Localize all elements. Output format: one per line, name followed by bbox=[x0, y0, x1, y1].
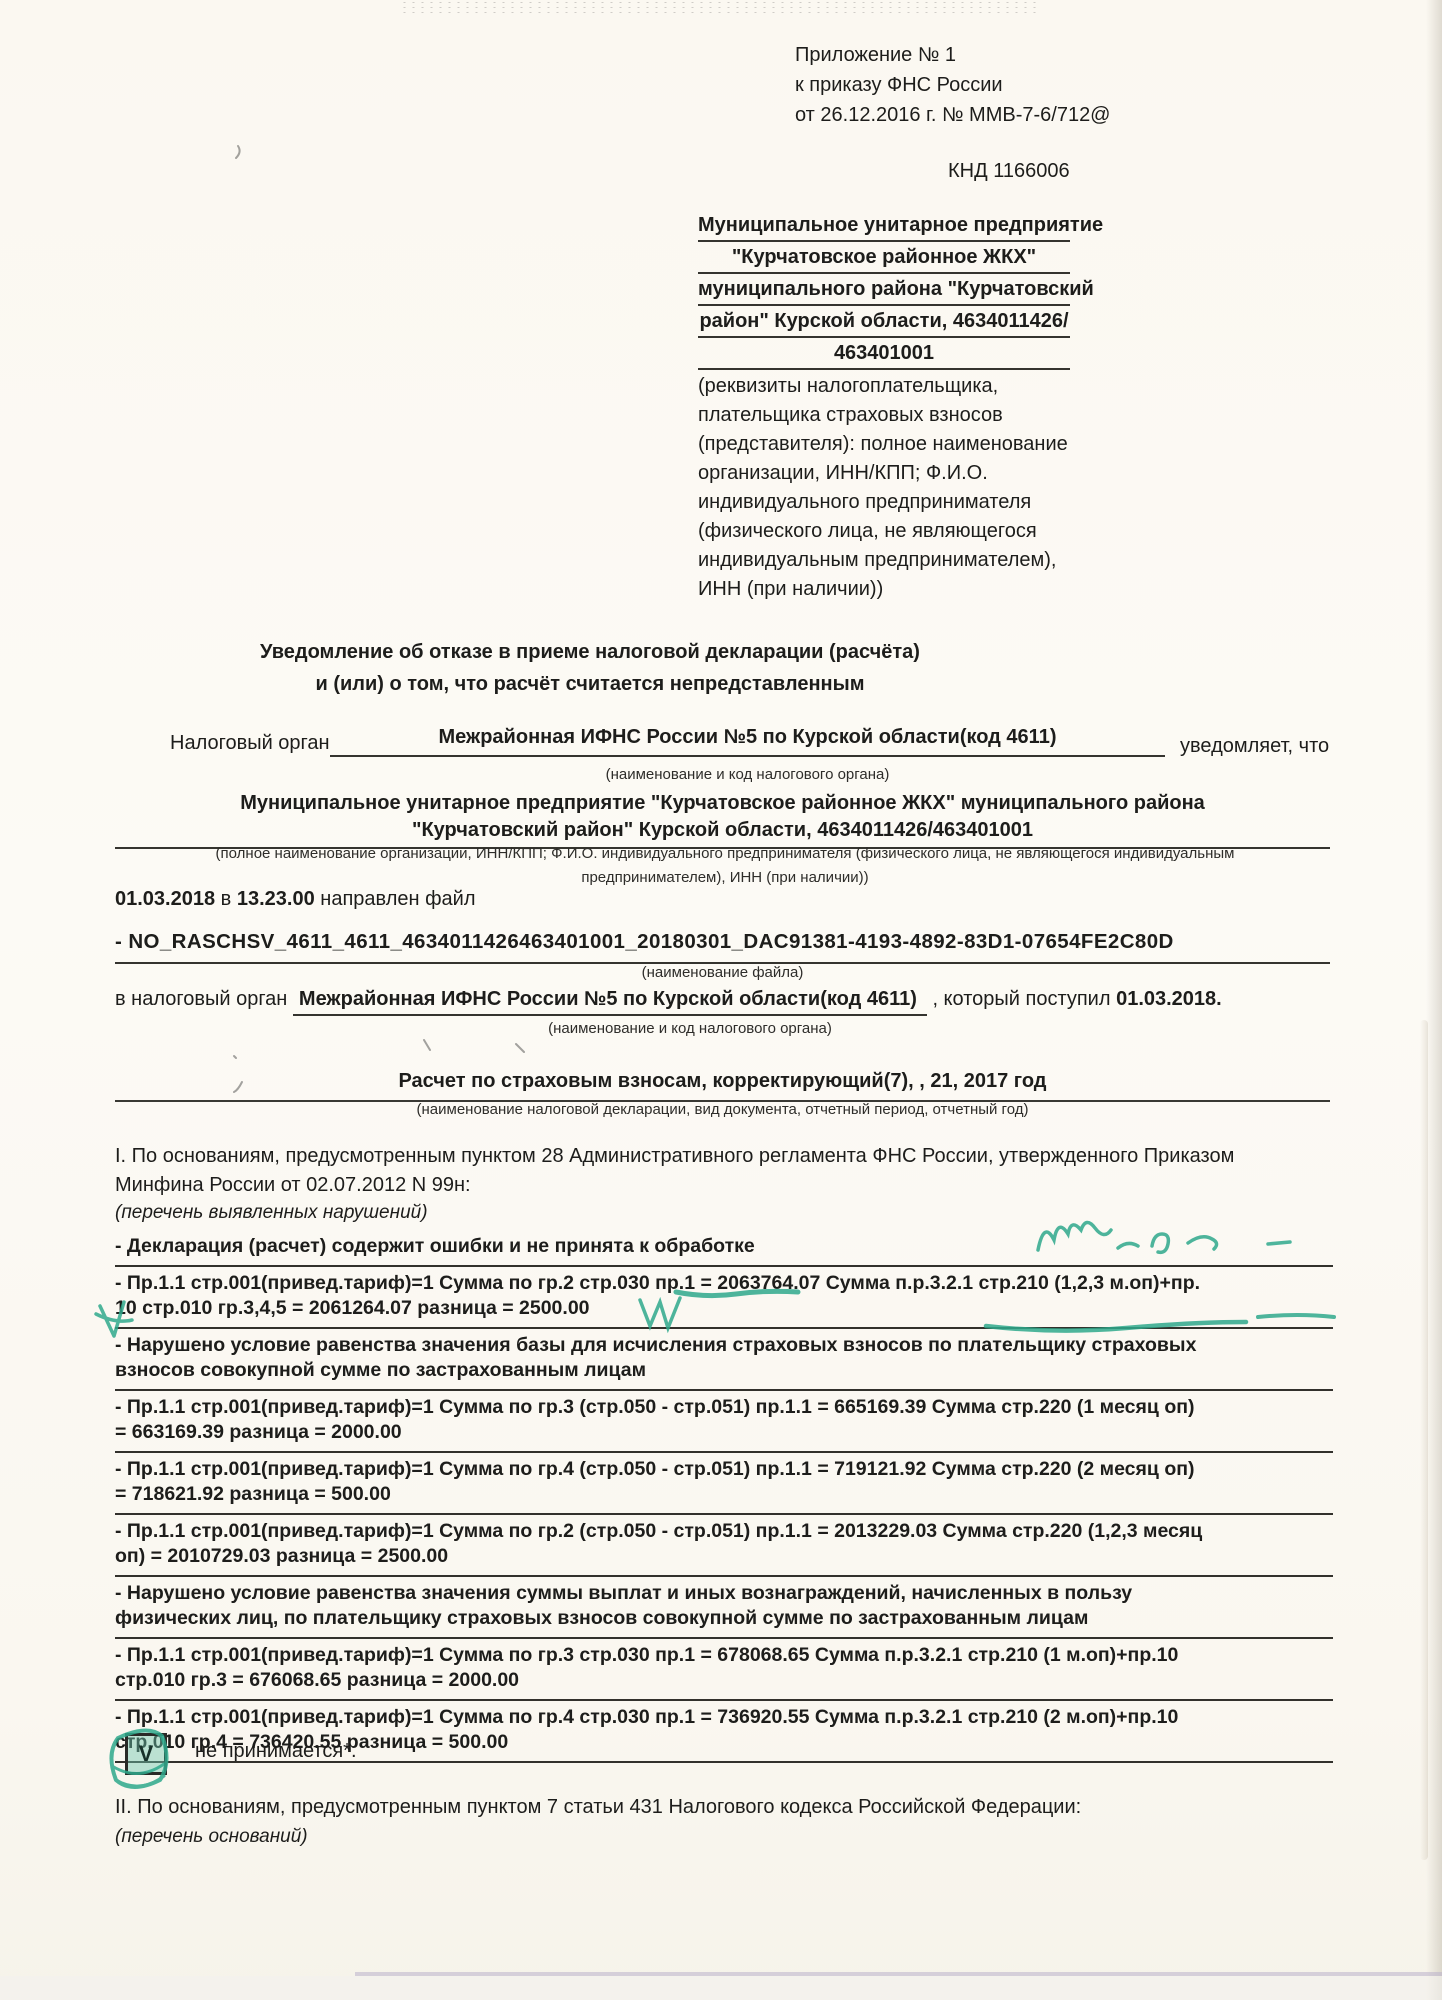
file-name-caption: (наименование файла) bbox=[115, 964, 1330, 981]
declaration-caption: (наименование налоговой декларации, вид … bbox=[115, 1101, 1330, 1118]
sent-date: 01.03.2018 bbox=[115, 888, 215, 910]
violation-item: - Нарушено условие равенства значения ба… bbox=[115, 1329, 1333, 1391]
knd-code: КНД 1166006 bbox=[948, 160, 1070, 183]
taxpayer-name-line: 463401001 bbox=[698, 342, 1070, 370]
document-title: Уведомление об отказе в приеме налоговой… bbox=[115, 636, 1065, 700]
section1-heading: I. По основаниям, предусмотренным пункто… bbox=[115, 1142, 1234, 1200]
scan-edge-shadow bbox=[1426, 0, 1442, 2000]
violation-item: - Декларация (расчет) содержит ошибки и … bbox=[115, 1230, 1333, 1267]
organization-statement-line: Муниципальное унитарное предприятие "Кур… bbox=[115, 792, 1330, 815]
scan-bottom-fade bbox=[0, 1976, 1442, 2000]
violation-item: - Пр.1.1 стр.001(привед.тариф)=1 Сумма п… bbox=[115, 1391, 1333, 1453]
paper-fold-shadow bbox=[1420, 1020, 1428, 1860]
taxpayer-name-line: "Курчатовское районное ЖКХ" bbox=[698, 246, 1070, 274]
scan-noise bbox=[400, 0, 1040, 14]
violation-item: - Пр.1.1 стр.001(привед.тариф)=1 Сумма п… bbox=[115, 1639, 1333, 1701]
violation-item: - Пр.1.1 стр.001(привед.тариф)=1 Сумма п… bbox=[115, 1515, 1333, 1577]
violation-item: - Пр.1.1 стр.001(привед.тариф)=1 Сумма п… bbox=[115, 1453, 1333, 1515]
tax-organ-label: Налоговый орган bbox=[170, 732, 330, 755]
not-accepted-label: не принимается*. bbox=[195, 1740, 357, 1763]
received-date: 01.03.2018. bbox=[1116, 988, 1222, 1010]
sent-prep: в bbox=[221, 888, 232, 910]
authority-caption: (наименование и код налогового органа) bbox=[280, 1020, 1100, 1037]
taxpayer-name-block: Муниципальное унитарное предприятие "Кур… bbox=[698, 214, 1070, 374]
declaration-name: Расчет по страховым взносам, корректирую… bbox=[115, 1070, 1330, 1102]
authority-caption: (наименование и код налогового органа) bbox=[330, 766, 1165, 783]
taxpayer-name-line: район" Курской области, 4634011426/ bbox=[698, 310, 1070, 338]
to-middle: , который поступил bbox=[932, 988, 1110, 1010]
appendix-reference: Приложение № 1к приказу ФНС Россииот 26.… bbox=[795, 40, 1111, 130]
sent-time: 13.23.00 bbox=[237, 888, 315, 910]
notifies-suffix: уведомляет, что bbox=[1180, 735, 1329, 758]
file-name: - NO_RASCHSV_4611_4611_46340114264634010… bbox=[115, 930, 1330, 964]
organization-caption: (полное наименование организации, ИНН/КП… bbox=[60, 842, 1390, 890]
ink-speck bbox=[424, 1040, 524, 1052]
to-prefix: в налоговый орган bbox=[115, 988, 287, 1010]
violation-item: - Пр.1.1 стр.001(привед.тариф)=1 Сумма п… bbox=[115, 1267, 1333, 1329]
violations-list: - Декларация (расчет) содержит ошибки и … bbox=[115, 1230, 1333, 1763]
violation-item: - Нарушено условие равенства значения су… bbox=[115, 1577, 1333, 1639]
taxpayer-requisites-note: (реквизиты налогоплательщика,плательщика… bbox=[698, 372, 1068, 604]
section2-heading: II. По основаниям, предусмотренным пункт… bbox=[115, 1796, 1081, 1819]
to-authority: Межрайонная ИФНС России №5 по Курской об… bbox=[293, 988, 927, 1016]
scanned-document-page: Приложение № 1к приказу ФНС Россииот 26.… bbox=[0, 0, 1442, 2000]
not-accepted-checkbox: V bbox=[125, 1733, 167, 1775]
received-by-line: в налоговый орган Межрайонная ИФНС Росси… bbox=[115, 988, 1222, 1011]
section1-subheading: (перечень выявленных нарушений) bbox=[115, 1202, 428, 1224]
sent-suffix: направлен файл bbox=[320, 888, 475, 910]
file-sent-line: 01.03.2018 в 13.23.00 направлен файл bbox=[115, 888, 476, 911]
section2-subheading: (перечень оснований) bbox=[115, 1826, 308, 1848]
taxpayer-name-line: Муниципальное унитарное предприятие bbox=[698, 214, 1070, 242]
tax-authority-name: Межрайонная ИФНС России №5 по Курской об… bbox=[330, 726, 1165, 757]
taxpayer-name-line: муниципального района "Курчатовский bbox=[698, 278, 1070, 306]
pencil-mark bbox=[236, 146, 240, 158]
